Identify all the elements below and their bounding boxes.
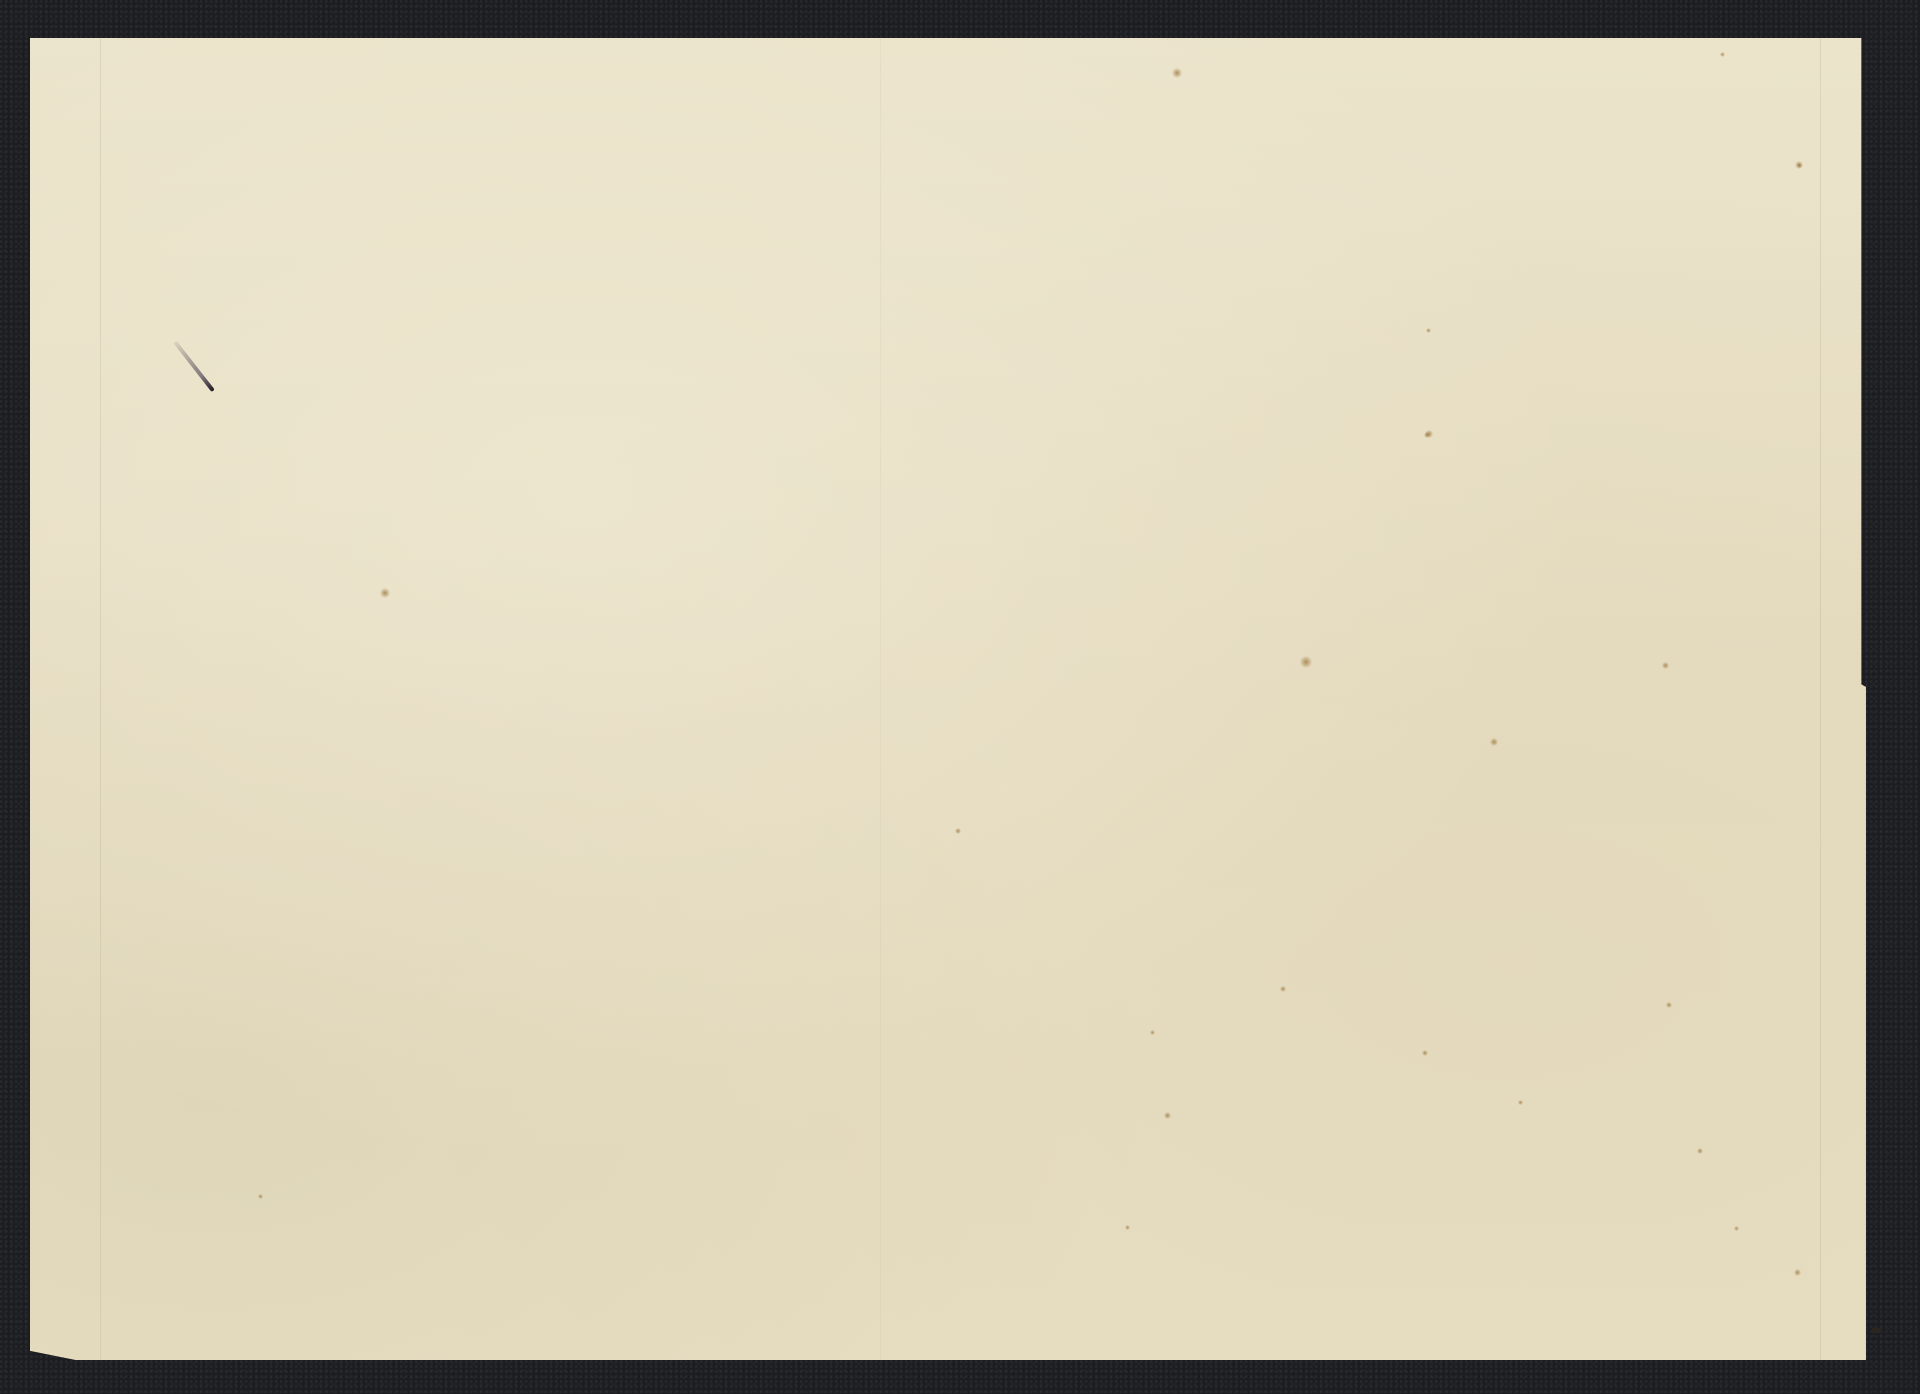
foxing-spot bbox=[1172, 68, 1182, 78]
foxing-spot bbox=[1734, 1226, 1739, 1231]
foxing-spot bbox=[1662, 662, 1669, 669]
foxing-spot bbox=[1424, 432, 1430, 438]
foxing-spot bbox=[1125, 1225, 1130, 1230]
foxing-spot bbox=[1697, 1148, 1703, 1154]
foxing-spot bbox=[380, 588, 390, 598]
foxing-spot bbox=[1490, 738, 1498, 746]
bleed-through-text bbox=[600, 175, 1360, 455]
foxing-spot bbox=[1518, 1100, 1523, 1105]
foxing-spot bbox=[1794, 1269, 1801, 1276]
foxing-spot bbox=[1280, 986, 1286, 992]
foxing-spot bbox=[258, 1194, 263, 1199]
plate-mark-left bbox=[100, 30, 101, 1360]
foxing-spot bbox=[955, 828, 961, 834]
plate-mark-right bbox=[1820, 30, 1821, 1360]
foxing-spot bbox=[1666, 1002, 1672, 1008]
edge-smudge bbox=[1872, 1328, 1882, 1333]
foxing-spot bbox=[1797, 163, 1802, 168]
foxing-spot bbox=[1422, 1050, 1428, 1056]
foxing-spot bbox=[1720, 52, 1725, 57]
foxing-spot bbox=[1164, 1112, 1171, 1119]
foxing-spot bbox=[1426, 328, 1431, 333]
foxing-spot bbox=[1150, 1030, 1155, 1035]
foxing-spot bbox=[1300, 656, 1312, 668]
